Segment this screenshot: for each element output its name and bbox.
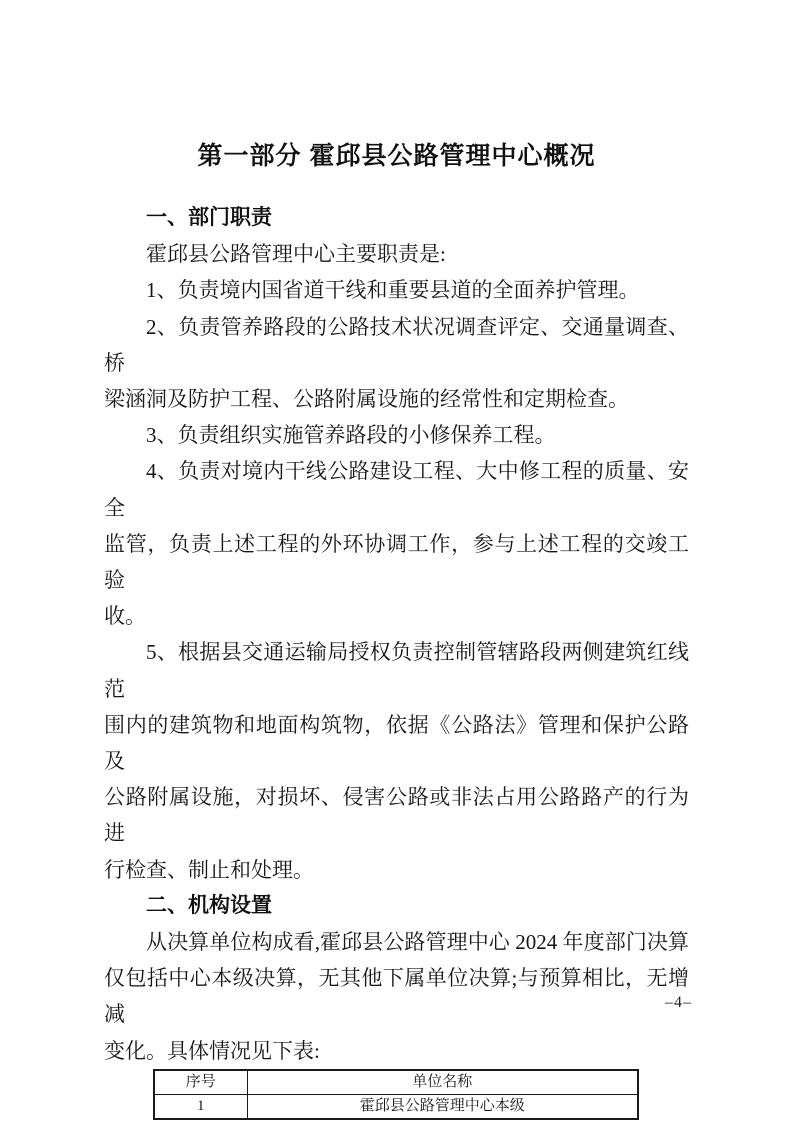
- paragraph-line: 收。: [104, 598, 689, 634]
- paragraph: 3、负责组织实施管养路段的小修保养工程。: [104, 417, 689, 453]
- document-title: 第一部分 霍邱县公路管理中心概况: [104, 141, 689, 171]
- paragraph-line: 1、负责境内国省道干线和重要县道的全面养护管理。: [104, 272, 689, 308]
- document-content: 第一部分 霍邱县公路管理中心概况 一、部门职责霍邱县公路管理中心主要职责是:1、…: [104, 141, 689, 1120]
- page-number: –4–: [665, 994, 692, 1012]
- paragraph-line: 变化。具体情况见下表:: [104, 1033, 689, 1069]
- table-row: 1 霍邱县公路管理中心本级: [154, 1094, 638, 1119]
- paragraph: 1、负责境内国省道干线和重要县道的全面养护管理。: [104, 272, 689, 308]
- section-heading: 二、机构设置: [104, 888, 689, 924]
- paragraph-line: 5、根据县交通运输局授权负责控制管辖路段两侧建筑红线范: [104, 634, 689, 706]
- table-header-unit-name: 单位名称: [247, 1070, 638, 1095]
- paragraph-line: 监管，负责上述工程的外环协调工作，参与上述工程的交竣工验: [104, 526, 689, 598]
- paragraph: 2、负责管养路段的公路技术状况调查评定、交通量调查、桥梁涵洞及防护工程、公路附属…: [104, 309, 689, 418]
- paragraph-line: 霍邱县公路管理中心主要职责是:: [104, 236, 689, 272]
- paragraph-line: 3、负责组织实施管养路段的小修保养工程。: [104, 417, 689, 453]
- org-units-table: 序号 单位名称 1 霍邱县公路管理中心本级: [153, 1069, 639, 1120]
- table-cell-serial: 1: [154, 1094, 247, 1119]
- paragraph-line: 行检查、制止和处理。: [104, 852, 689, 888]
- paragraph: 4、负责对境内干线公路建设工程、大中修工程的质量、安全监管，负责上述工程的外环协…: [104, 453, 689, 634]
- paragraph: 5、根据县交通运输局授权负责控制管辖路段两侧建筑红线范围内的建筑物和地面构筑物，…: [104, 634, 689, 887]
- paragraph: 霍邱县公路管理中心主要职责是:: [104, 236, 689, 272]
- paragraph-line: 4、负责对境内干线公路建设工程、大中修工程的质量、安全: [104, 453, 689, 525]
- section-heading: 一、部门职责: [104, 200, 689, 236]
- paragraph-line: 从决算单位构成看,霍邱县公路管理中心 2024 年度部门决算: [104, 924, 689, 960]
- paragraph-line: 梁涵洞及防护工程、公路附属设施的经常性和定期检查。: [104, 381, 689, 417]
- table-cell-unit-name: 霍邱县公路管理中心本级: [247, 1094, 638, 1119]
- paragraph: 从决算单位构成看,霍邱县公路管理中心 2024 年度部门决算仅包括中心本级决算，…: [104, 924, 689, 1069]
- table-header-serial: 序号: [154, 1070, 247, 1095]
- document-page: 第一部分 霍邱县公路管理中心概况 一、部门职责霍邱县公路管理中心主要职责是:1、…: [0, 0, 793, 1122]
- table-header-row: 序号 单位名称: [154, 1070, 638, 1095]
- paragraph-line: 围内的建筑物和地面构筑物，依据《公路法》管理和保护公路及: [104, 707, 689, 779]
- sections-container: 一、部门职责霍邱县公路管理中心主要职责是:1、负责境内国省道干线和重要县道的全面…: [104, 200, 689, 1069]
- paragraph-line: 仅包括中心本级决算，无其他下属单位决算;与预算相比，无增减: [104, 960, 689, 1032]
- paragraph-line: 公路附属设施，对损坏、侵害公路或非法占用公路路产的行为进: [104, 779, 689, 851]
- paragraph-line: 2、负责管养路段的公路技术状况调查评定、交通量调查、桥: [104, 309, 689, 381]
